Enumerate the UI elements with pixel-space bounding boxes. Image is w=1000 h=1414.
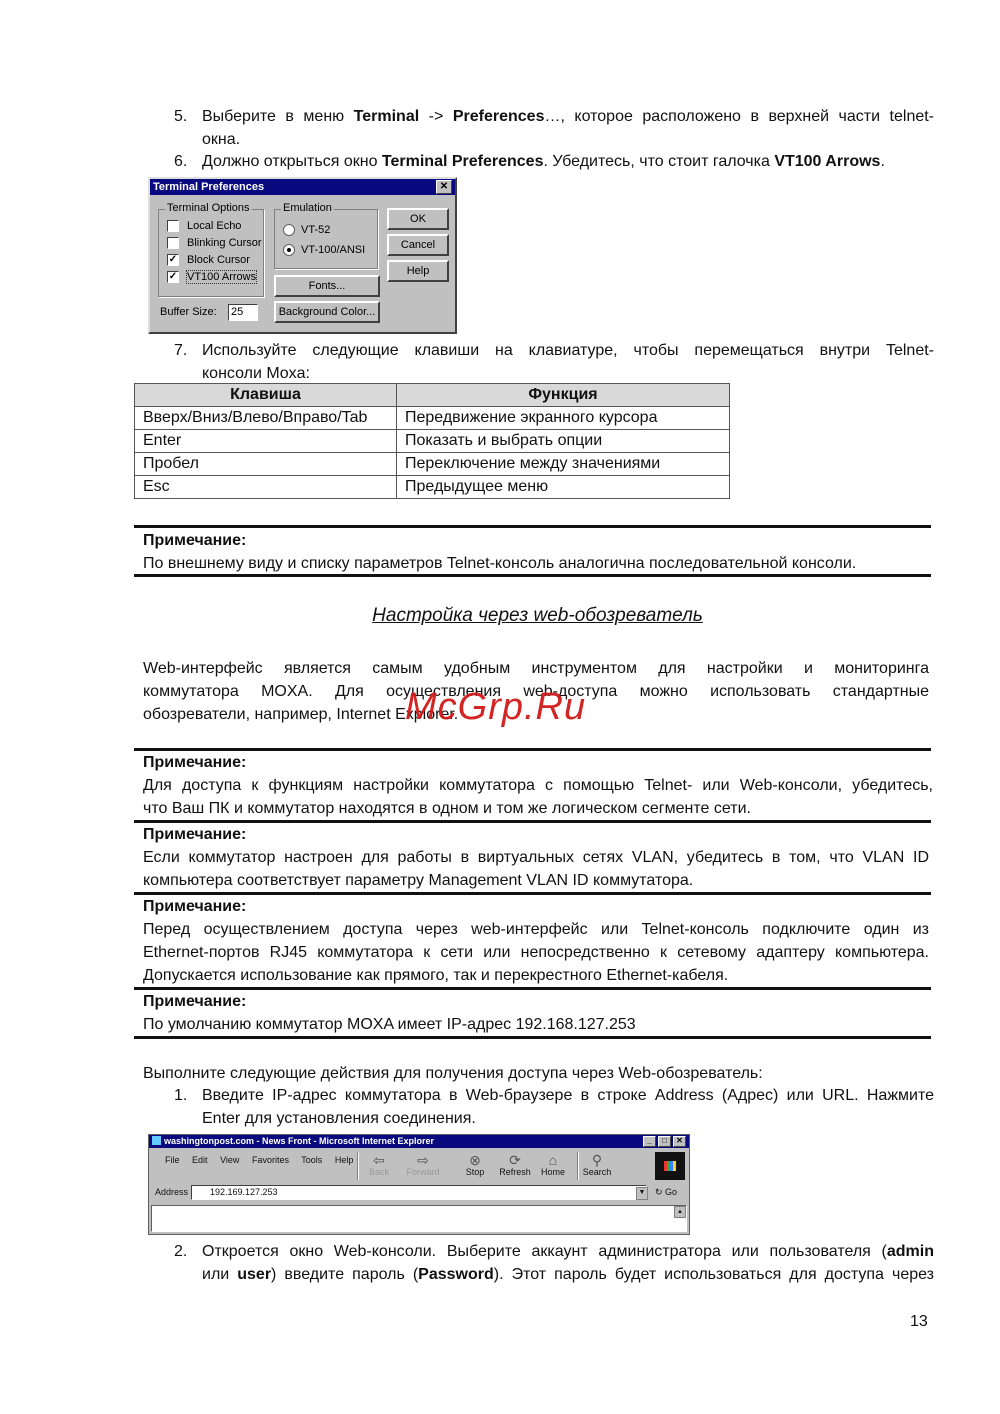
search-button[interactable]: ⚲Search bbox=[579, 1153, 615, 1177]
scrollbar-up-icon[interactable]: ▲ bbox=[674, 1206, 686, 1218]
close-icon[interactable]: ✕ bbox=[673, 1136, 686, 1147]
table-row: ПробелПереключение между значениями bbox=[135, 453, 730, 476]
table-row: Вверх/Вниз/Влево/Вправо/TabПередвижение … bbox=[135, 407, 730, 430]
note-box: Примечание: Если коммутатор настроен для… bbox=[143, 823, 929, 892]
toolbar-separator bbox=[577, 1152, 578, 1180]
divider bbox=[134, 1036, 931, 1039]
step-5: 5.Выберите в меню Terminal -> Preference… bbox=[174, 105, 934, 151]
stop-button[interactable]: ⊗Stop bbox=[457, 1153, 493, 1177]
refresh-icon: ⟳ bbox=[497, 1153, 533, 1167]
help-button[interactable]: Help bbox=[387, 260, 449, 282]
section-heading: Настройка через web-обозреватель bbox=[0, 605, 1000, 627]
close-icon[interactable]: ✕ bbox=[436, 180, 452, 194]
note-box: Примечание: По умолчанию коммутатор MOXA… bbox=[143, 990, 929, 1036]
note-text: По внешнему виду и списку параметров Tel… bbox=[143, 552, 933, 575]
stop-icon: ⊗ bbox=[457, 1153, 493, 1167]
ok-button[interactable]: OK bbox=[387, 208, 449, 230]
address-input[interactable]: 192.169.127.253 bbox=[191, 1185, 647, 1200]
refresh-button[interactable]: ⟳Refresh bbox=[497, 1153, 533, 1177]
menu-view[interactable]: View bbox=[220, 1155, 239, 1165]
browser-menubar: File Edit View Favorites Tools Help bbox=[165, 1155, 363, 1165]
emulation-group: Emulation VT-52 VT-100/ANSI bbox=[274, 209, 378, 269]
browser-content-area: ▲ bbox=[151, 1205, 687, 1232]
dialog-titlebar: Terminal Preferences ✕ bbox=[150, 179, 455, 195]
table-header-row: Клавиша Функция bbox=[135, 384, 730, 407]
menu-tools[interactable]: Tools bbox=[301, 1155, 322, 1165]
divider bbox=[134, 574, 931, 577]
page-number: 13 bbox=[910, 1310, 928, 1333]
back-arrow-icon: ⇦ bbox=[361, 1153, 397, 1167]
menu-help[interactable]: Help bbox=[335, 1155, 354, 1165]
step-2: 2.Откроется окно Web-консоли. Выберите а… bbox=[174, 1240, 934, 1286]
home-button[interactable]: ⌂Home bbox=[535, 1153, 571, 1177]
step-7: 7.Используйте следующие клавиши на клави… bbox=[174, 339, 934, 385]
back-button[interactable]: ⇦Back bbox=[361, 1153, 397, 1177]
menu-edit[interactable]: Edit bbox=[192, 1155, 208, 1165]
address-dropdown-icon[interactable]: ▼ bbox=[636, 1187, 648, 1200]
step-6-text: Должно открыться окно Terminal Preferenc… bbox=[202, 153, 885, 170]
background-color-button[interactable]: Background Color... bbox=[274, 301, 380, 323]
fonts-button[interactable]: Fonts... bbox=[274, 275, 380, 297]
toolbar-separator bbox=[357, 1152, 358, 1180]
forward-button[interactable]: ⇨Forward bbox=[405, 1153, 441, 1177]
note-box: Примечание: По внешнему виду и списку па… bbox=[143, 529, 933, 575]
browser-window: washingtonpost.com - News Front - Micros… bbox=[148, 1134, 690, 1235]
column-header-function: Функция bbox=[397, 384, 730, 407]
divider bbox=[134, 525, 931, 528]
go-button[interactable]: ↻ Go bbox=[655, 1187, 677, 1198]
column-header-key: Клавиша bbox=[135, 384, 397, 407]
terminal-options-group: Terminal Options Local Echo Blinking Cur… bbox=[158, 209, 264, 297]
step-1: 1.Введите IP-адрес коммутатора в Web-бра… bbox=[174, 1084, 934, 1130]
terminal-preferences-dialog: Terminal Preferences ✕ Terminal Options … bbox=[148, 177, 457, 334]
step-5-text: Выберите в меню Terminal -> Preferences…… bbox=[202, 108, 934, 125]
radio-vt100-ansi[interactable]: VT-100/ANSI bbox=[283, 244, 365, 256]
web-access-intro: Выполните следующие действия для получен… bbox=[143, 1062, 763, 1085]
menu-file[interactable]: File bbox=[165, 1155, 180, 1165]
checkbox-block-cursor[interactable]: ✓Block Cursor bbox=[167, 254, 250, 266]
table-row: EnterПоказать и выбрать опции bbox=[135, 430, 730, 453]
checkbox-box: ✓ bbox=[167, 271, 179, 283]
checkbox-box bbox=[167, 220, 179, 232]
address-label: Address bbox=[155, 1187, 188, 1197]
forward-arrow-icon: ⇨ bbox=[405, 1153, 441, 1167]
watermark: McGrp.Ru bbox=[405, 686, 586, 729]
windows-logo-icon bbox=[655, 1152, 685, 1180]
menu-favorites[interactable]: Favorites bbox=[252, 1155, 289, 1165]
home-icon: ⌂ bbox=[535, 1153, 571, 1167]
note-box: Примечание: Перед осуществлением доступа… bbox=[143, 895, 929, 987]
buffer-size-label: Buffer Size: bbox=[160, 306, 217, 318]
table-row: EscПредыдущее меню bbox=[135, 476, 730, 499]
checkbox-vt100-arrows[interactable]: ✓VT100 Arrows bbox=[167, 271, 256, 283]
maximize-icon[interactable]: □ bbox=[658, 1136, 671, 1147]
buffer-size-input[interactable]: 25 bbox=[228, 304, 258, 321]
address-bar: Address 192.169.127.253 ▼ ↻ Go bbox=[151, 1185, 687, 1202]
search-icon: ⚲ bbox=[579, 1153, 615, 1167]
ie-logo-icon bbox=[152, 1136, 161, 1145]
checkbox-blinking-cursor[interactable]: Blinking Cursor bbox=[167, 237, 262, 249]
browser-titlebar: washingtonpost.com - News Front - Micros… bbox=[149, 1135, 689, 1148]
radio-dot bbox=[283, 224, 295, 236]
radio-dot bbox=[283, 244, 295, 256]
step-6: 6.Должно открыться окно Terminal Prefere… bbox=[174, 150, 934, 173]
cancel-button[interactable]: Cancel bbox=[387, 234, 449, 256]
keys-table: Клавиша Функция Вверх/Вниз/Влево/Вправо/… bbox=[134, 383, 730, 499]
checkbox-box bbox=[167, 237, 179, 249]
note-box: Примечание: Для доступа к функциям настр… bbox=[143, 751, 933, 820]
radio-vt52[interactable]: VT-52 bbox=[283, 224, 330, 236]
note-title: Примечание: bbox=[143, 529, 933, 552]
minimize-icon[interactable]: _ bbox=[643, 1136, 656, 1147]
checkbox-local-echo[interactable]: Local Echo bbox=[167, 220, 241, 232]
checkbox-box: ✓ bbox=[167, 254, 179, 266]
